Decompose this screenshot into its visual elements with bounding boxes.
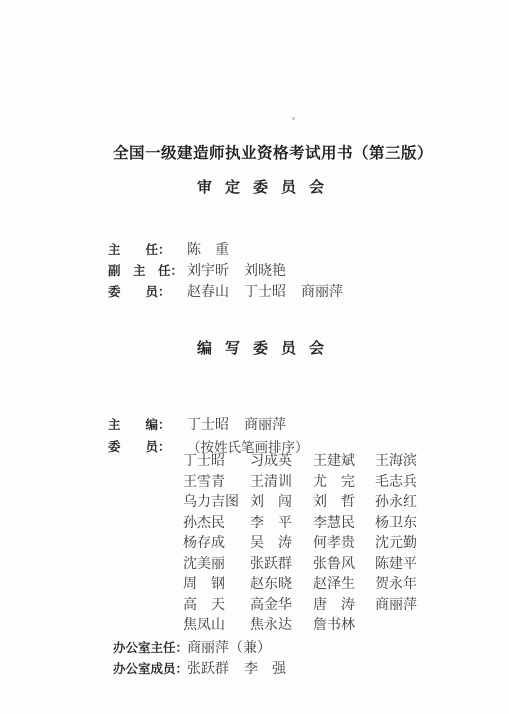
member-name: 何孝贵 [313, 535, 375, 556]
member-name: 李慧民 [313, 515, 375, 536]
member-name: 王建斌 [313, 453, 375, 474]
member-name: 唐 涛 [313, 597, 375, 618]
deputy-director-names: 刘宇昕 刘晓艳 [187, 260, 286, 280]
book-page: 全国一级建造师执业资格考试用书（第三版） 审定委员会 主 任： 陈 重 副 主 … [0, 0, 509, 714]
member-name: 杨卫东 [375, 515, 445, 536]
person-name: 丁士昭 [244, 281, 286, 301]
member-name-grid: 丁士昭 习成英 王建斌 王海滨 王雪青 王清训 尤 完 毛志兵 乌力吉图 刘 闯… [183, 453, 445, 638]
review-members-label: 委 员： [108, 284, 171, 299]
writing-committee-heading: 编写委员会 [197, 339, 337, 357]
person-name: 刘宇昕 [187, 260, 229, 280]
member-name: 吴 涛 [250, 535, 313, 556]
member-name: 商丽萍 [375, 597, 445, 618]
person-name: 商丽萍 [301, 281, 343, 301]
series-title: 全国一级建造师执业资格考试用书（第三版） [113, 144, 433, 163]
member-name: 丁士昭 [183, 453, 250, 474]
member-name: 毛志兵 [375, 474, 445, 495]
member-name: 高金华 [250, 597, 313, 618]
member-name: 尤 完 [313, 474, 375, 495]
member-name: 詹书林 [313, 617, 375, 638]
person-name: 刘晓艳 [244, 260, 286, 280]
scan-speck [292, 117, 295, 120]
member-name: 王清训 [250, 474, 313, 495]
member-name: 张跃群 [250, 556, 313, 577]
review-members-row: 委 员： 赵春山 丁士昭 商丽萍 [108, 281, 171, 299]
member-name: 赵东晓 [250, 576, 313, 597]
writing-members-label: 委 员： [108, 439, 171, 454]
deputy-director-label: 副 主 任： [108, 263, 183, 278]
director-row: 主 任： 陈 重 [108, 239, 171, 257]
member-name: 贺永年 [375, 576, 445, 597]
member-name: 高 天 [183, 597, 250, 618]
member-name: 张鲁风 [313, 556, 375, 577]
deputy-director-row: 副 主 任： 刘宇昕 刘晓艳 [108, 260, 183, 278]
person-name: 丁士昭 [187, 414, 229, 434]
chief-editor-label: 主 编： [108, 417, 171, 432]
member-name: 赵泽生 [313, 576, 375, 597]
person-name: 商丽萍 [244, 414, 286, 434]
member-name: 孙永红 [375, 494, 445, 515]
member-name [375, 617, 445, 638]
member-name: 杨存成 [183, 535, 250, 556]
member-name: 孙杰民 [183, 515, 250, 536]
person-name: 陈 重 [187, 239, 229, 259]
office-director-value-wrap: 商丽萍（兼） [187, 637, 271, 657]
member-name: 刘 闯 [250, 494, 313, 515]
chief-editor-row: 主 编： 丁士昭 商丽萍 [108, 414, 171, 432]
director-names: 陈 重 [187, 239, 229, 259]
chief-editor-names: 丁士昭 商丽萍 [187, 414, 286, 434]
person-name: 李 强 [244, 658, 286, 678]
member-name: 沈美丽 [183, 556, 250, 577]
member-name: 陈建平 [375, 556, 445, 577]
office-members-label: 办公室成员： [113, 661, 188, 676]
person-name: 商丽萍（兼） [187, 637, 271, 657]
office-director-label: 办公室主任： [113, 640, 188, 655]
writing-members-row: 委 员： （按姓氏笔画排序） [108, 436, 171, 454]
person-name: 张跃群 [187, 658, 229, 678]
member-name: 沈元勤 [375, 535, 445, 556]
review-committee-heading: 审定委员会 [197, 178, 337, 196]
office-members-row: 办公室成员： 张跃群 李 强 [113, 658, 188, 676]
member-name: 焦凤山 [183, 617, 250, 638]
member-name: 周 钢 [183, 576, 250, 597]
member-name: 乌力吉图 [183, 494, 250, 515]
member-name: 李 平 [250, 515, 313, 536]
member-name: 王雪青 [183, 474, 250, 495]
member-name: 王海滨 [375, 453, 445, 474]
member-name: 焦永达 [250, 617, 313, 638]
office-members-names: 张跃群 李 强 [187, 658, 286, 678]
member-name: 习成英 [250, 453, 313, 474]
person-name: 赵春山 [187, 281, 229, 301]
review-members-names: 赵春山 丁士昭 商丽萍 [187, 281, 343, 301]
member-name: 刘 哲 [313, 494, 375, 515]
director-label: 主 任： [108, 242, 171, 257]
office-director-row: 办公室主任： 商丽萍（兼） [113, 637, 188, 655]
